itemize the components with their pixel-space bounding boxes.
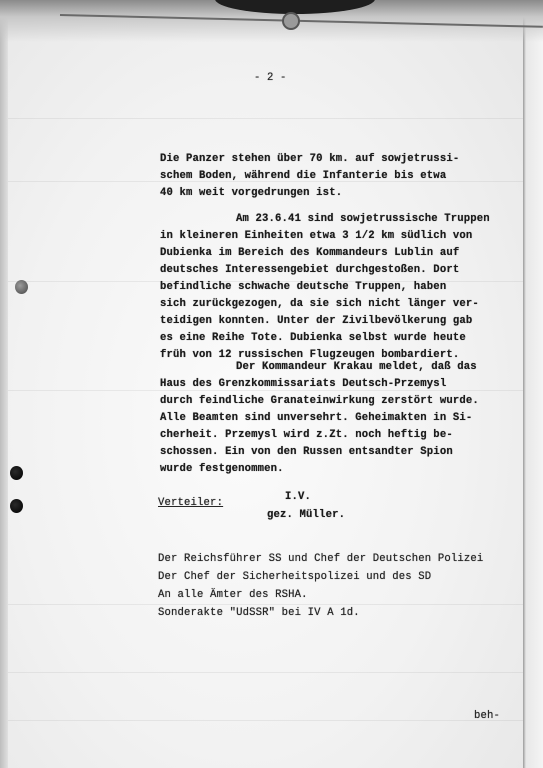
page-number: - 2 -	[254, 70, 287, 87]
text-line: cherheit. Przemysl wird z.Zt. noch hefti…	[160, 427, 479, 444]
text-line: sich zurückgezogen, da sie sich nicht lä…	[160, 296, 490, 313]
distribution-heading: Verteiler:	[158, 495, 223, 512]
text-line: durch feindliche Granateinwirkung zerstö…	[160, 393, 479, 410]
text-line: Der Kommandeur Krakau meldet, daß das	[160, 359, 479, 376]
recipient: Der Reichsführer SS und Chef der Deutsch…	[158, 550, 483, 568]
text-line: Dubienka im Bereich des Kommandeurs Lubl…	[160, 245, 490, 262]
on-behalf-label: I.V.	[283, 488, 345, 506]
distribution-list: Der Reichsführer SS und Chef der Deutsch…	[158, 514, 483, 640]
punch-hole-icon	[10, 466, 23, 480]
punch-hole-icon	[15, 280, 28, 294]
recipient: Der Chef der Sicherheitspolizei und des …	[158, 568, 483, 586]
ruled-line	[8, 720, 523, 721]
text-line: Die Panzer stehen über 70 km. auf sowjet…	[160, 151, 459, 168]
page-right-edge	[523, 0, 543, 768]
text-line: Am 23.6.41 sind sowjetrussische Truppen	[160, 211, 490, 228]
recipient: Sonderakte "UdSSR" bei IV A 1d.	[158, 604, 483, 622]
punch-hole-icon	[10, 499, 23, 513]
binder-clip-icon	[282, 12, 300, 30]
page-left-edge	[0, 0, 8, 768]
text-line: Alle Beamten sind unversehrt. Geheimakte…	[160, 410, 479, 427]
text-line: Haus des Grenzkommissariats Deutsch-Prze…	[160, 376, 479, 393]
catchword: beh-	[474, 708, 500, 725]
text-line: in kleineren Einheiten etwa 3 1/2 km süd…	[160, 228, 490, 245]
recipient: An alle Ämter des RSHA.	[158, 586, 483, 604]
ruled-line	[8, 672, 523, 673]
text-line: deutsches Interessengebiet durchgestoßen…	[160, 262, 490, 279]
text-line: befindliche schwache deutsche Truppen, h…	[160, 279, 490, 296]
